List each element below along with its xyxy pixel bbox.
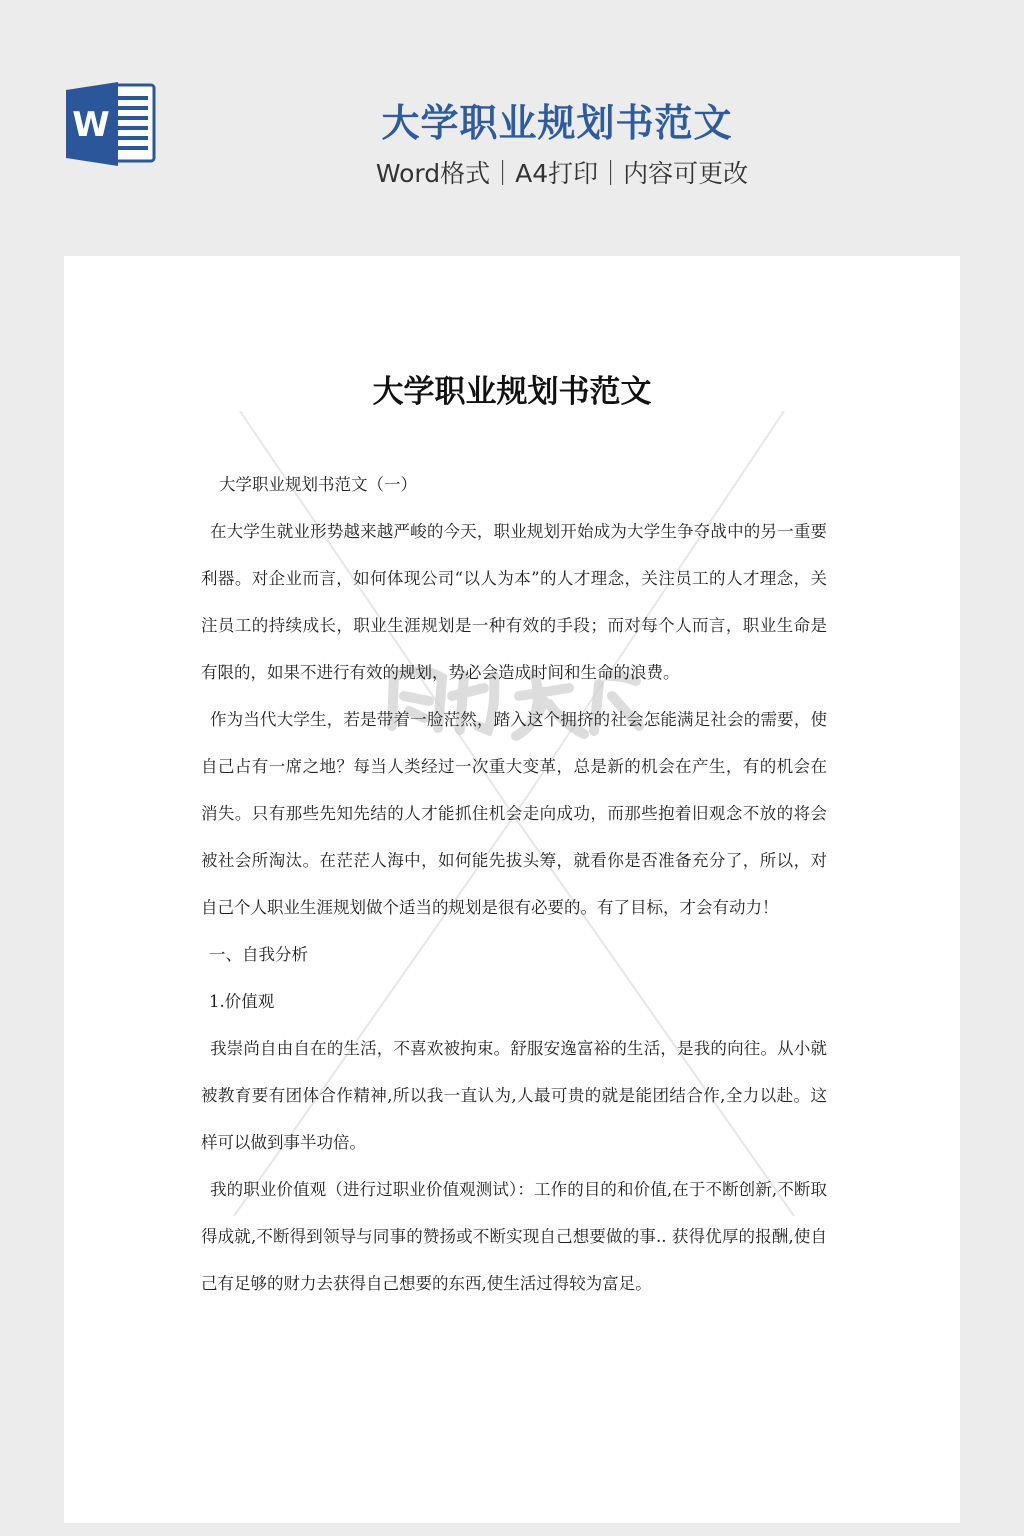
document-body: 大学职业规划书范文（一） 在大学生就业形势越来越严峻的今天，职业规划开始成为大学…: [201, 461, 827, 1307]
header-title: 大学职业规划书范文: [0, 92, 1024, 147]
document-title: 大学职业规划书范文: [64, 366, 960, 411]
section-subtitle: 大学职业规划书范文（一）: [201, 461, 827, 508]
body-paragraph: 我的职业价值观（进行过职业价值观测试）：工作的目的和价值,在于不断创新,不断取得…: [201, 1166, 827, 1307]
body-paragraph: 作为当代大学生，若是带着一脸茫然，踏入这个拥挤的社会怎能满足社会的需要，使自己占…: [201, 696, 827, 931]
section-heading: 1.价值观: [201, 978, 827, 1025]
section-heading: 一、自我分析: [201, 931, 827, 978]
header-banner: W 大学职业规划书范文 Word格式｜A4打印｜内容可更改: [0, 0, 1024, 256]
body-paragraph: 我崇尚自由自在的生活，不喜欢被拘束。舒服安逸富裕的生活，是我的向往。从小就被教育…: [201, 1025, 827, 1166]
header-subtitle: Word格式｜A4打印｜内容可更改: [0, 154, 1024, 190]
document-page: 大学职业规划书范文 大学职业规划书范文（一） 在大学生就业形势越来越严峻的今天，…: [64, 256, 960, 1523]
body-paragraph: 在大学生就业形势越来越严峻的今天，职业规划开始成为大学生争夺战中的另一重要利器。…: [201, 508, 827, 696]
